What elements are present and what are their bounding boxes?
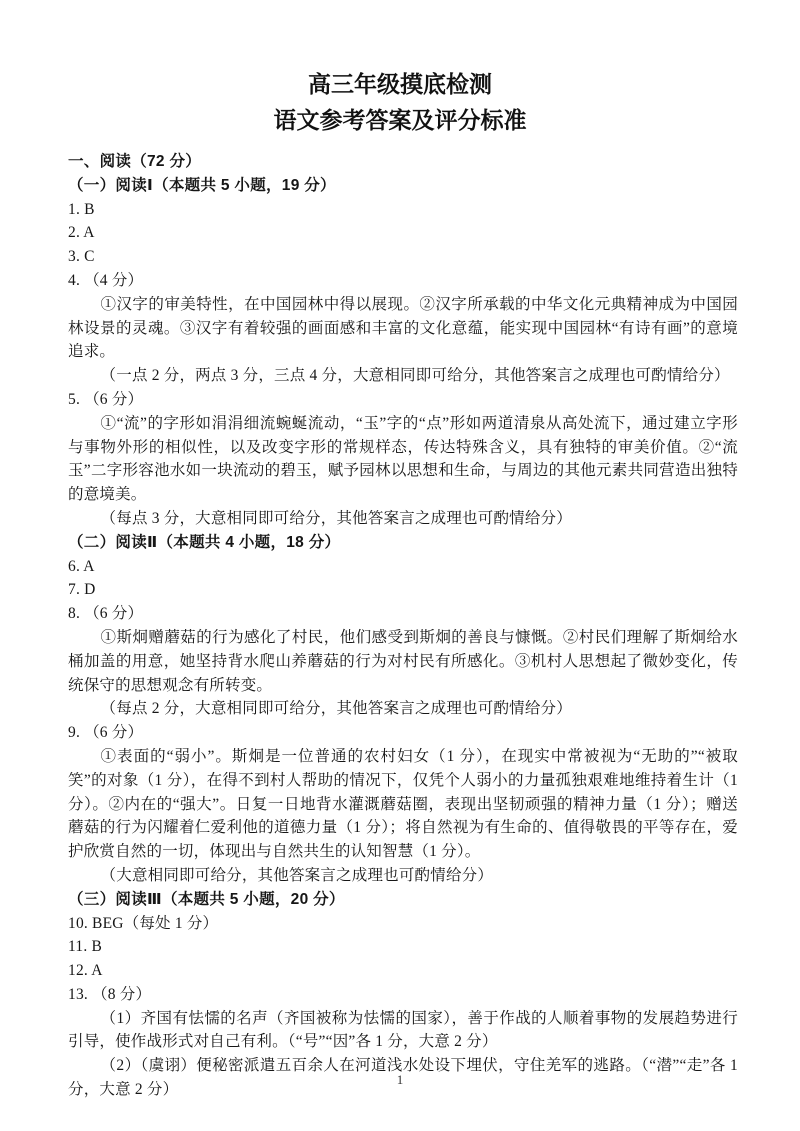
- answer-line: 6. A: [68, 555, 738, 579]
- answer-line: 13. （8 分）: [68, 983, 738, 1007]
- subsection-heading: （二）阅读Ⅱ（本题共 4 小题，18 分）: [68, 531, 738, 555]
- paragraph: （每点 3 分，大意相同即可给分，其他答案言之成理也可酌情给分）: [68, 507, 738, 531]
- subsection-heading: （三）阅读Ⅲ（本题共 5 小题，20 分）: [68, 888, 738, 912]
- document-page: 高三年级摸底检测 语文参考答案及评分标准 一、阅读（72 分）（一）阅读Ⅰ（本题…: [0, 0, 800, 1131]
- answer-line: 7. D: [68, 578, 738, 602]
- paragraph: （每点 2 分，大意相同即可给分，其他答案言之成理也可酌情给分）: [68, 697, 738, 721]
- answer-line: 1. B: [68, 198, 738, 222]
- answer-line: 8. （6 分）: [68, 602, 738, 626]
- answer-line: 5. （6 分）: [68, 388, 738, 412]
- paragraph: ①表面的“弱小”。斯炯是一位普通的农村妇女（1 分），在现实中常被视为“无助的”…: [68, 745, 738, 864]
- answer-line: 2. A: [68, 221, 738, 245]
- document-title-line1: 高三年级摸底检测: [0, 72, 800, 97]
- answer-line: 3. C: [68, 245, 738, 269]
- section-heading: 一、阅读（72 分）: [68, 150, 738, 174]
- page-number: 1: [397, 1072, 404, 1087]
- paragraph: （大意相同即可给分，其他答案言之成理也可酌情给分）: [68, 864, 738, 888]
- document-footer: 1: [0, 1072, 800, 1088]
- paragraph: ①汉字的审美特性，在中国园林中得以展现。②汉字所承载的中华文化元典精神成为中国园…: [68, 293, 738, 364]
- paragraph: ①斯炯赠蘑菇的行为感化了村民，他们感受到斯炯的善良与慷慨。②村民们理解了斯炯给水…: [68, 626, 738, 697]
- subsection-heading: （一）阅读Ⅰ（本题共 5 小题，19 分）: [68, 174, 738, 198]
- paragraph: （一点 2 分，两点 3 分，三点 4 分，大意相同即可给分，其他答案言之成理也…: [68, 364, 738, 388]
- answer-line: 12. A: [68, 959, 738, 983]
- document-header: 高三年级摸底检测 语文参考答案及评分标准: [0, 72, 800, 134]
- paragraph: ①“流”的字形如涓涓细流蜿蜒流动，“玉”字的“点”形如两道清泉从高处流下，通过建…: [68, 412, 738, 507]
- document-body: 一、阅读（72 分）（一）阅读Ⅰ（本题共 5 小题，19 分）1. B2. A3…: [68, 150, 738, 1102]
- answer-line: 11. B: [68, 935, 738, 959]
- answer-line: 4. （4 分）: [68, 269, 738, 293]
- paragraph: （1）齐国有怯懦的名声（齐国被称为怯懦的国家），善于作战的人顺着事物的发展趋势进…: [68, 1007, 738, 1055]
- answer-line: 9. （6 分）: [68, 721, 738, 745]
- answer-line: 10. BEG（每处 1 分）: [68, 912, 738, 936]
- document-title-line2: 语文参考答案及评分标准: [0, 108, 800, 133]
